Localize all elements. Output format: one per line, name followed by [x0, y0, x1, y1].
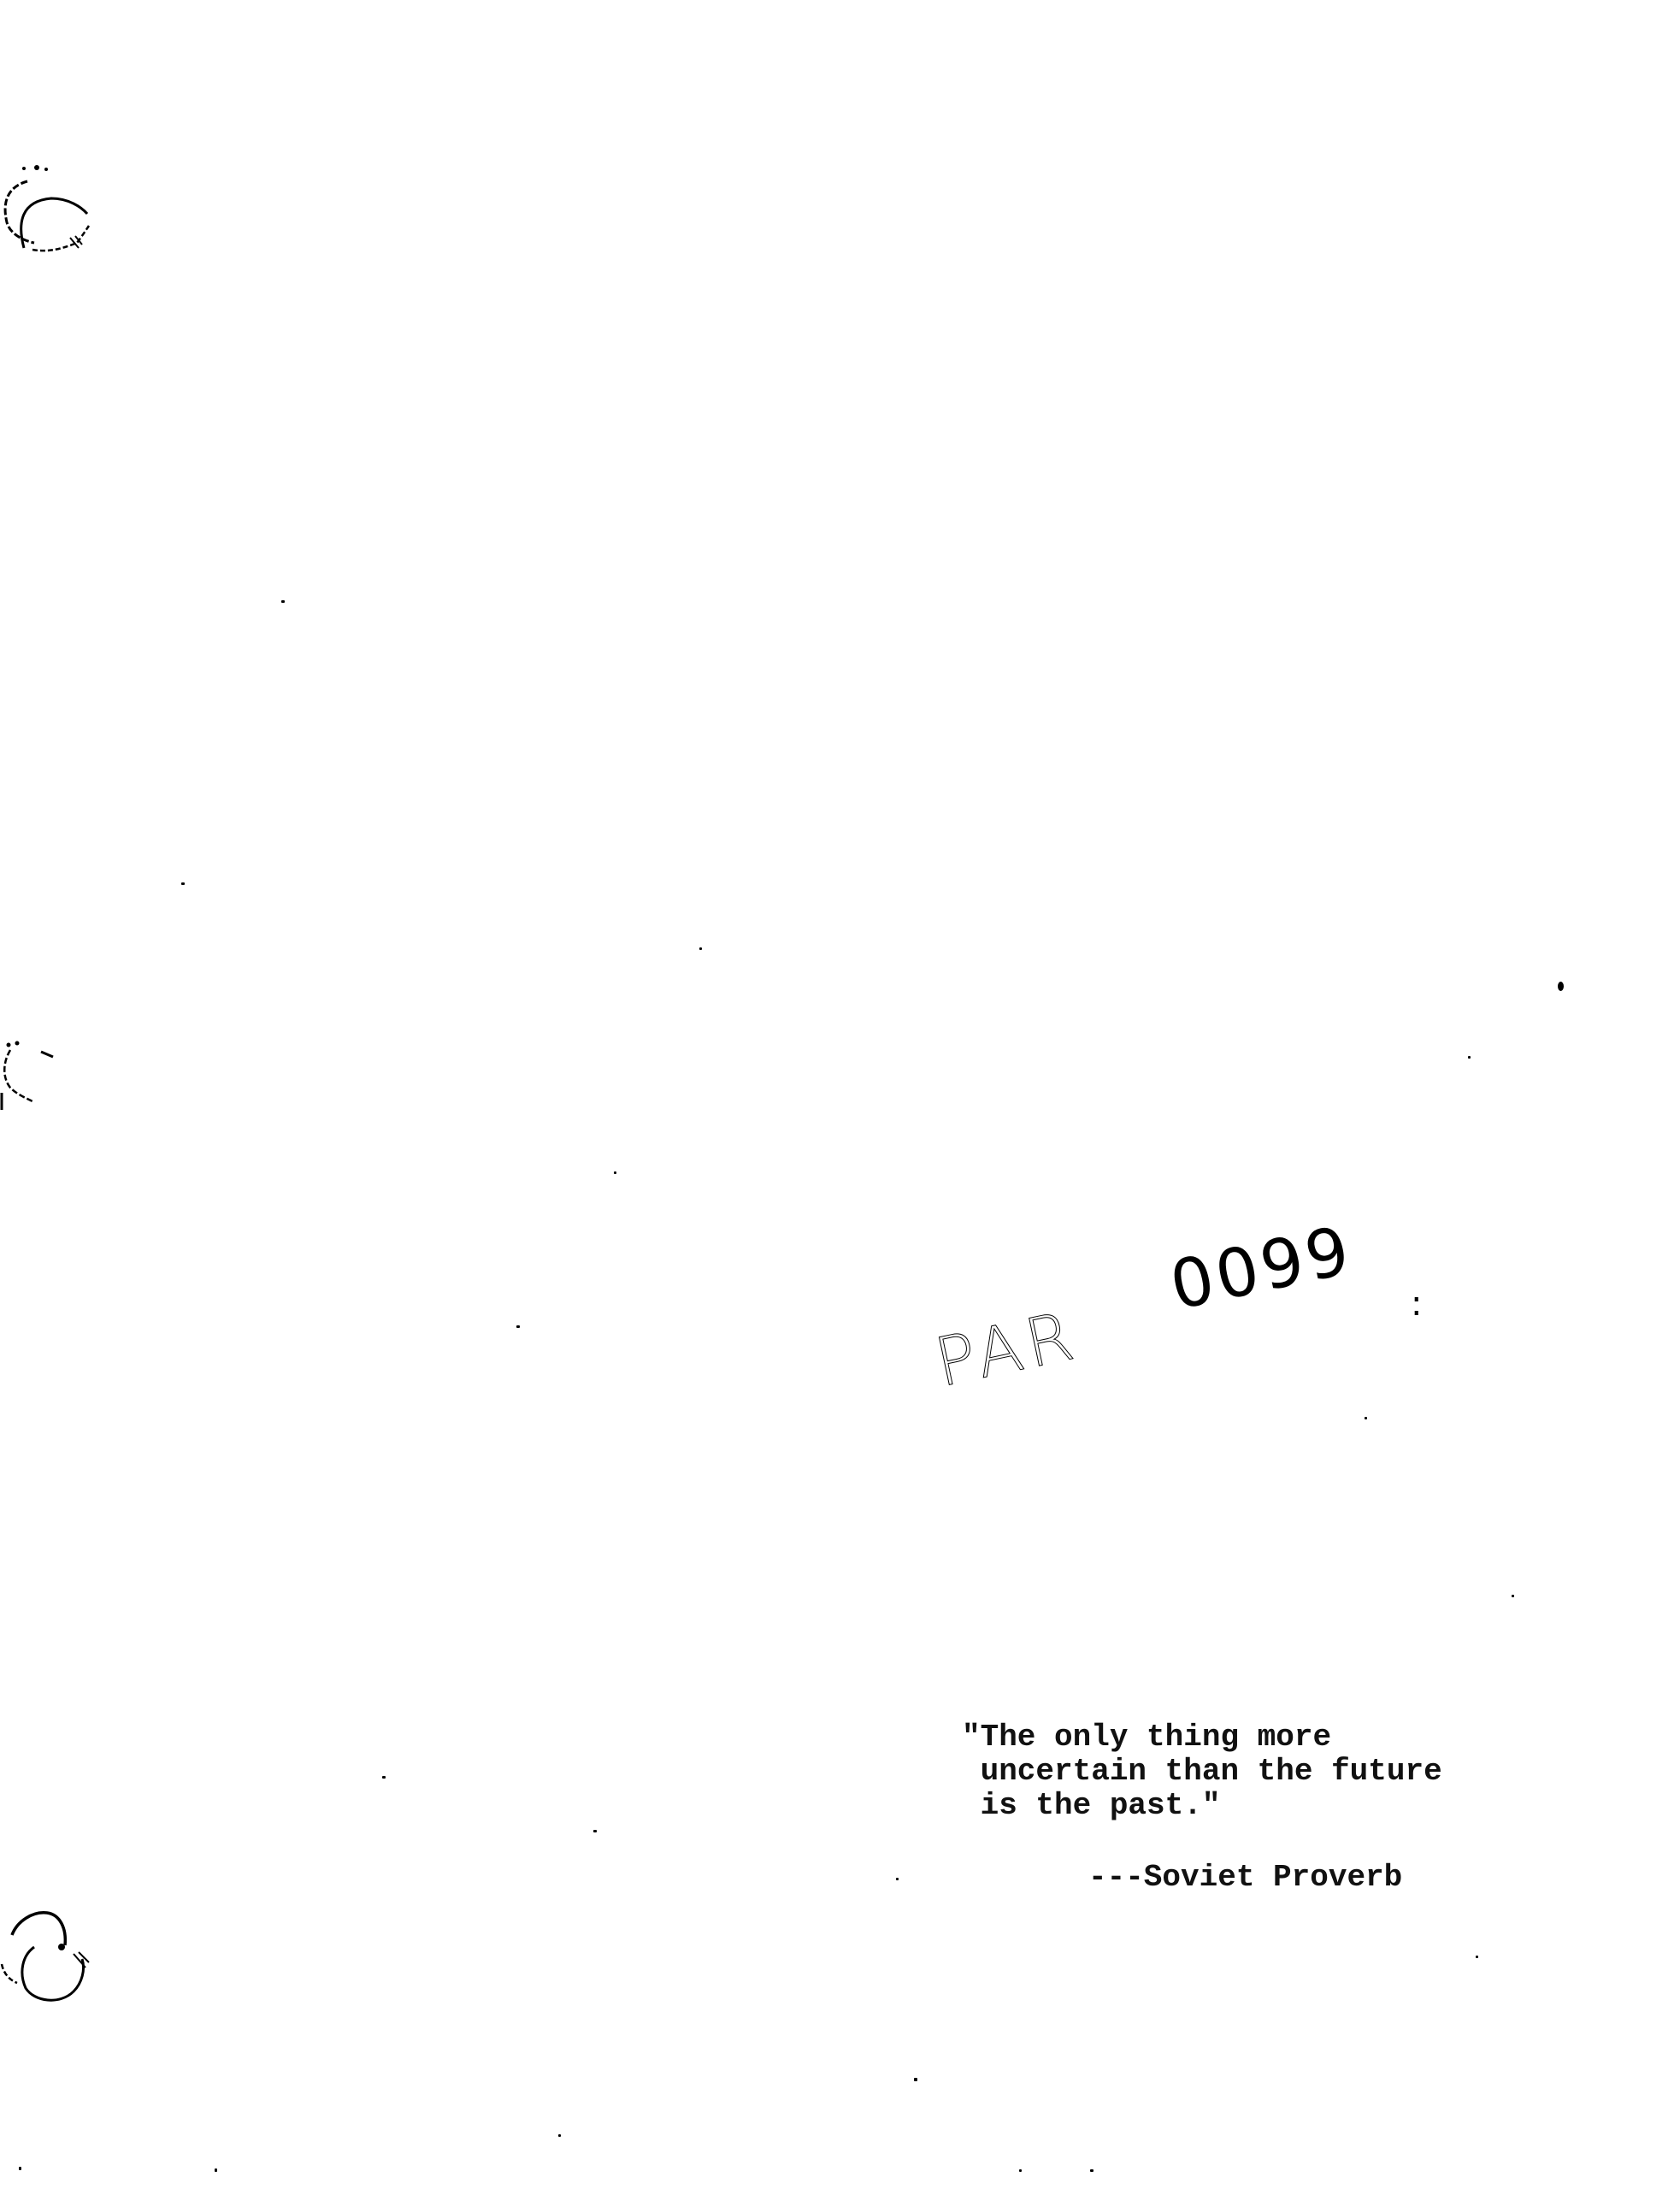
- stamp-prefix: PAR: [928, 1297, 1085, 1402]
- scan-speck: [181, 882, 185, 885]
- scanned-page: PAR 0099 : "The only thing more uncertai…: [0, 0, 1680, 2189]
- epigraph-attribution: ---Soviet Proverb: [1088, 1861, 1402, 1895]
- middle-punch-hole-icon: [0, 1026, 60, 1112]
- stamp-trailing-mark: :: [1411, 1284, 1422, 1324]
- bottom-punch-hole-icon: [0, 1903, 103, 2005]
- scan-speck: [614, 1171, 616, 1174]
- scan-speck: [1468, 1056, 1471, 1059]
- scan-speck: [1090, 2169, 1093, 2172]
- scan-speck: [516, 1325, 520, 1328]
- document-stamp: PAR 0099 :: [936, 1231, 1415, 1419]
- epigraph-line: uncertain than the future: [962, 1755, 1442, 1789]
- scan-speck: [281, 600, 285, 603]
- epigraph-quote: "The only thing more uncertain than the …: [962, 1720, 1442, 1823]
- epigraph-line: "The only thing more: [962, 1720, 1442, 1755]
- scan-speck: [593, 1830, 597, 1832]
- scan-speck: [1558, 982, 1564, 991]
- epigraph-line: is the past.": [962, 1789, 1442, 1823]
- top-punch-hole-icon: [0, 154, 111, 257]
- stamp-number: 0099: [1164, 1212, 1359, 1325]
- scan-speck: [699, 947, 702, 950]
- scan-speck: [215, 2168, 217, 2172]
- scan-speck: [382, 1776, 386, 1779]
- scan-speck: [558, 2134, 561, 2137]
- scan-speck: [1476, 1956, 1478, 1958]
- scan-speck: [19, 2167, 21, 2170]
- scan-speck: [896, 1878, 899, 1880]
- scan-speck: [914, 2078, 917, 2081]
- scan-speck: [1512, 1595, 1514, 1597]
- scan-speck: [1019, 2169, 1022, 2172]
